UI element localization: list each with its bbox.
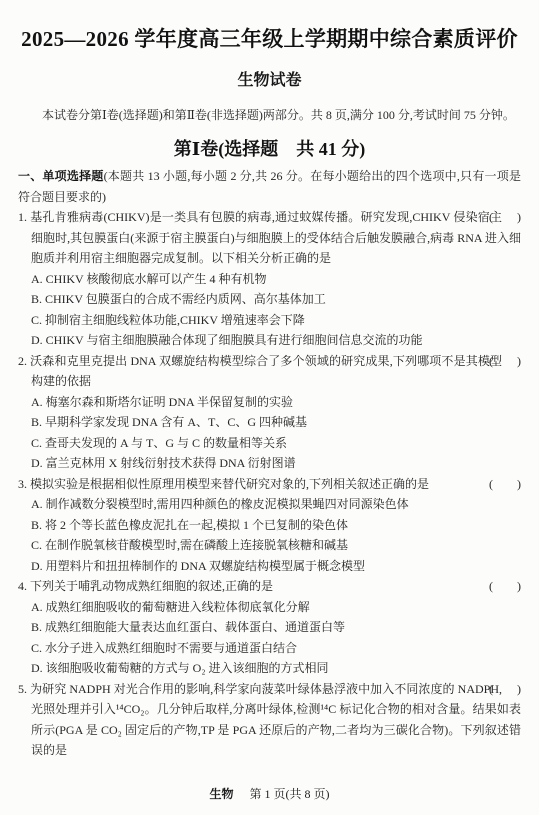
question-2-stem: 2. ( )沃森和克里克提出 DNA 双螺旋结构模型综合了多个领域的研究成果,下… [18, 351, 521, 392]
question-4-option-c: C. 水分子进入成熟红细胞时不需要与通道蛋白结合 [18, 638, 521, 659]
question-4-number: 4. [18, 579, 27, 593]
question-4-option-a: A. 成熟红细胞吸收的葡萄糖进入线粒体彻底氧化分解 [18, 597, 521, 618]
question-3-option-d: D. 用塑料片和扭扭棒制作的 DNA 双螺旋结构模型属于概念模型 [18, 556, 521, 577]
exam-title: 2025—2026 学年度高三年级上学期期中综合素质评价 [18, 24, 521, 54]
part-heading-label: 一、单项选择题 [18, 169, 104, 183]
footer-page-info: 第 1 页(共 8 页) [250, 787, 330, 801]
question-4: 4. ( )下列关于哺乳动物成熟红细胞的叙述,正确的是 A. 成熟红细胞吸收的葡… [18, 576, 521, 679]
question-5-number: 5. [18, 682, 27, 696]
exam-instructions: 本试卷分第Ⅰ卷(选择题)和第Ⅱ卷(非选择题)两部分。共 8 页,满分 100 分… [18, 105, 521, 126]
question-2-option-b: B. 早期科学家发现 DNA 含有 A、T、C、G 四种碱基 [18, 412, 521, 433]
question-3-option-b: B. 将 2 个等长蓝色橡皮泥扎在一起,模拟 1 个已复制的染色体 [18, 515, 521, 536]
question-3-stem: 3. ( )模拟实验是根据相似性原理用模型来替代研究对象的,下列相关叙述正确的是 [18, 474, 521, 495]
question-1-number: 1. [18, 210, 27, 224]
question-1: 1. ( )基孔肯雅病毒(CHIKV)是一类具有包膜的病毒,通过蚊媒传播。研究发… [18, 207, 521, 351]
question-5-stem-text: 为研究 NADPH 对光合作用的影响,科学家向菠菜叶绿体悬浮液中加入不同浓度的 … [30, 682, 521, 758]
question-1-option-d: D. CHIKV 与宿主细胞膜融合体现了细胞膜具有进行细胞间信息交流的功能 [18, 330, 521, 351]
question-2-option-c: C. 查哥夫发现的 A 与 T、G 与 C 的数量相等关系 [18, 433, 521, 454]
question-3-number: 3. [18, 477, 27, 491]
question-2-answer-bracket: ( ) [502, 351, 521, 372]
question-1-stem-text: 基孔肯雅病毒(CHIKV)是一类具有包膜的病毒,通过蚊媒传播。研究发现,CHIK… [30, 210, 521, 265]
question-1-stem: 1. ( )基孔肯雅病毒(CHIKV)是一类具有包膜的病毒,通过蚊媒传播。研究发… [18, 207, 521, 269]
question-2: 2. ( )沃森和克里克提出 DNA 双螺旋结构模型综合了多个领域的研究成果,下… [18, 351, 521, 474]
question-1-option-c: C. 抑制宿主细胞线粒体功能,CHIKV 增殖速率会下降 [18, 310, 521, 331]
question-3-stem-text: 模拟实验是根据相似性原理用模型来替代研究对象的,下列相关叙述正确的是 [30, 477, 429, 491]
question-3-option-a: A. 制作减数分裂模型时,需用四种颜色的橡皮泥模拟果蝇四对同源染色体 [18, 494, 521, 515]
question-3-option-c: C. 在制作脱氧核苷酸模型时,需在磷酸上连接脱氧核糖和碱基 [18, 535, 521, 556]
question-5: 5. ( )为研究 NADPH 对光合作用的影响,科学家向菠菜叶绿体悬浮液中加入… [18, 679, 521, 761]
section-1-title: 第Ⅰ卷(选择题 共 41 分) [18, 135, 521, 161]
question-1-answer-bracket: ( ) [502, 207, 521, 228]
question-4-stem: 4. ( )下列关于哺乳动物成熟红细胞的叙述,正确的是 [18, 576, 521, 597]
question-5-stem: 5. ( )为研究 NADPH 对光合作用的影响,科学家向菠菜叶绿体悬浮液中加入… [18, 679, 521, 761]
question-4-option-d: D. 该细胞吸收葡萄糖的方式与 O₂ 进入该细胞的方式相同 [18, 658, 521, 679]
question-4-option-b: B. 成熟红细胞能大量表达血红蛋白、载体蛋白、通道蛋白等 [18, 617, 521, 638]
question-5-answer-bracket: ( ) [502, 679, 521, 700]
question-3: 3. ( )模拟实验是根据相似性原理用模型来替代研究对象的,下列相关叙述正确的是… [18, 474, 521, 577]
exam-paper-page: 2025—2026 学年度高三年级上学期期中综合素质评价 生物试卷 本试卷分第Ⅰ… [0, 0, 539, 815]
part-heading: 一、单项选择题(本题共 13 小题,每小题 2 分,共 26 分。在每小题给出的… [18, 166, 521, 207]
question-2-number: 2. [18, 354, 27, 368]
question-2-option-a: A. 梅塞尔森和斯塔尔证明 DNA 半保留复制的实验 [18, 392, 521, 413]
question-1-option-a: A. CHIKV 核酸彻底水解可以产生 4 种有机物 [18, 269, 521, 290]
exam-subtitle: 生物试卷 [18, 67, 521, 90]
footer-subject: 生物 [209, 787, 233, 801]
question-2-option-d: D. 富兰克林用 X 射线衍射技术获得 DNA 衍射图谱 [18, 453, 521, 474]
question-4-answer-bracket: ( ) [502, 576, 521, 597]
question-2-stem-text: 沃森和克里克提出 DNA 双螺旋结构模型综合了多个领域的研究成果,下列哪项不是其… [30, 354, 502, 389]
question-3-answer-bracket: ( ) [502, 474, 521, 495]
question-1-option-b: B. CHIKV 包膜蛋白的合成不需经内质网、高尔基体加工 [18, 289, 521, 310]
question-4-stem-text: 下列关于哺乳动物成熟红细胞的叙述,正确的是 [30, 579, 273, 593]
page-footer: 生物第 1 页(共 8 页) [0, 785, 539, 802]
